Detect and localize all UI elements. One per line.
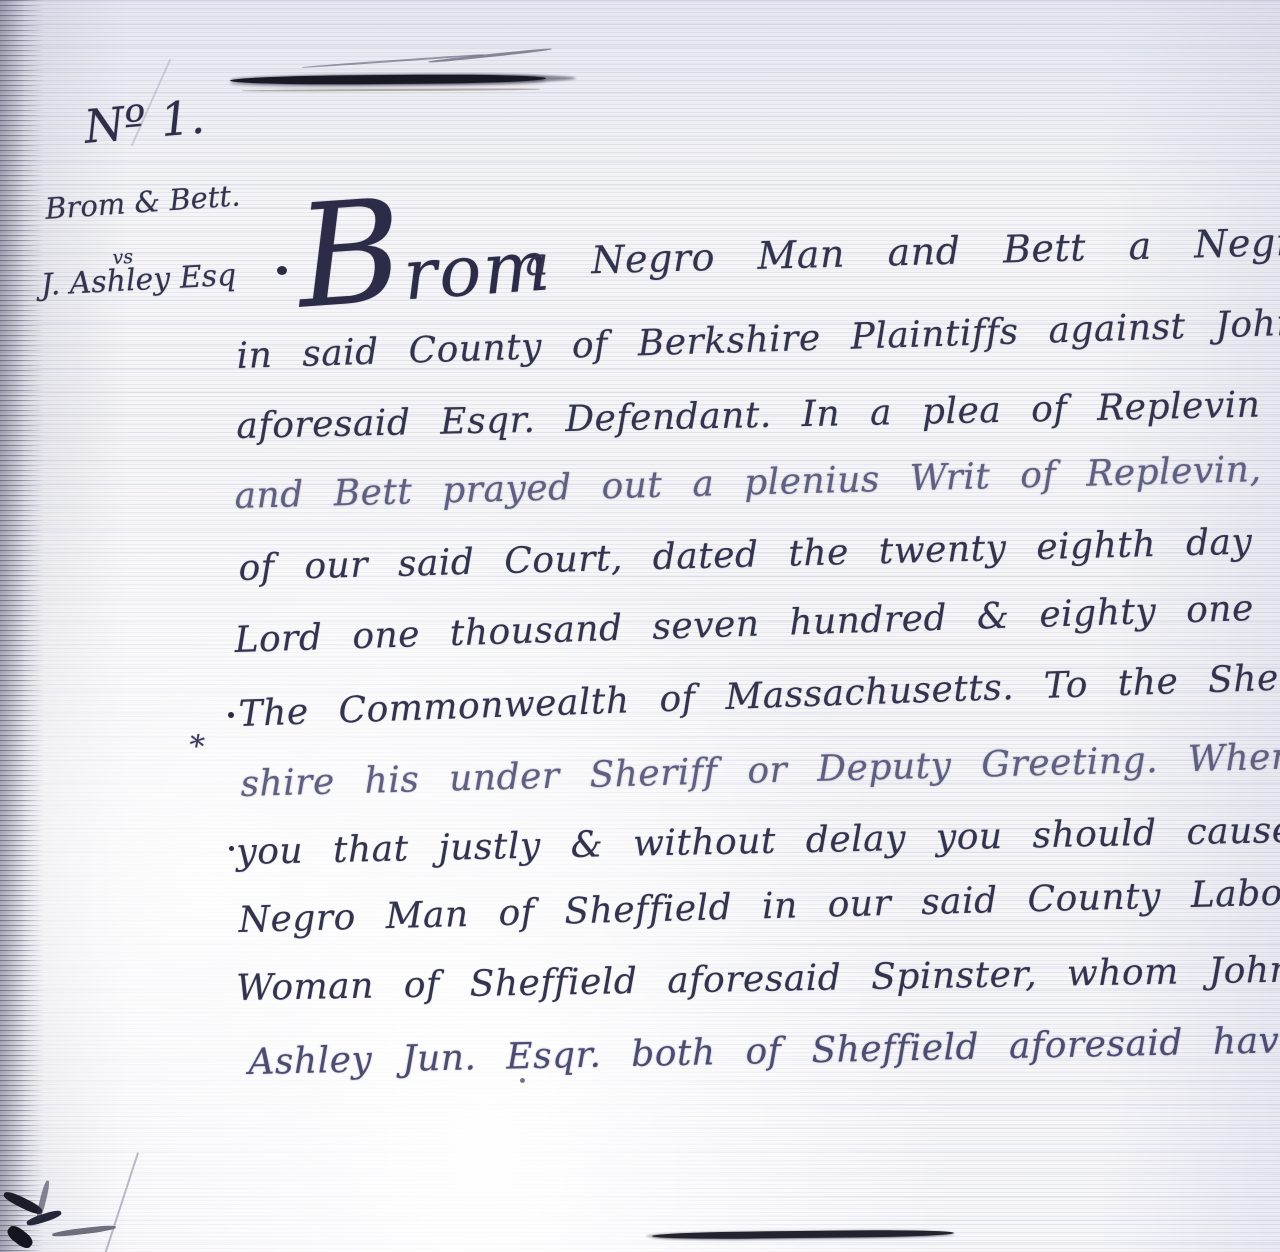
manuscript-line-6: Lord one thousand seven hundred & eighty… bbox=[234, 580, 1280, 661]
manuscript-line-3: aforesaid Esqr. Defendant. In a plea of … bbox=[236, 383, 1280, 447]
manuscript-line-7: The Commonwealth of Massachusetts. To th… bbox=[238, 653, 1280, 735]
ink-speck bbox=[520, 1078, 525, 1083]
manuscript-line-4: and Bett prayed out a plenius Writ of Re… bbox=[234, 447, 1280, 517]
scratch-line bbox=[103, 1152, 139, 1252]
manuscript-line-12: Ashley Jun. Esqr. both of Sheffield afor… bbox=[248, 1017, 1280, 1083]
manuscript-page: Nº 1. Brom & Bett. vs J. Ashley Esq * Br… bbox=[0, 0, 1280, 1252]
manuscript-line-10: Negro Man of Sheffield in our said Count… bbox=[238, 869, 1280, 941]
ink-speck bbox=[228, 712, 234, 718]
ink-speck bbox=[229, 846, 234, 851]
drop-cap-word: Brom bbox=[292, 158, 555, 340]
manuscript-line-5: of our said Court, dated the twenty eigh… bbox=[238, 517, 1280, 589]
ink-smudge-top bbox=[230, 74, 546, 85]
corner-ink-mark bbox=[52, 1224, 116, 1238]
manuscript-line-9: you that justly & without delay you shou… bbox=[236, 807, 1280, 873]
ink-wisp bbox=[302, 54, 484, 69]
margin-defendant: J. Ashley Esq bbox=[40, 258, 237, 303]
ink-smudge-bottom bbox=[652, 1229, 954, 1239]
ink-speck bbox=[277, 266, 287, 275]
book-binding-edge bbox=[0, 0, 44, 1252]
margin-asterisk-mark: * bbox=[186, 728, 207, 765]
ink-smudge-underline bbox=[242, 88, 540, 92]
case-number: Nº 1. bbox=[82, 90, 207, 154]
manuscript-line-11: Woman of Sheffield aforesaid Spinster, w… bbox=[236, 948, 1280, 1009]
manuscript-line-1: a Negro Man and Bett a Negro Woman bbox=[525, 214, 1280, 284]
manuscript-line-8: shire his under Sheriff or Deputy Greeti… bbox=[240, 733, 1280, 805]
margin-plaintiffs: Brom & Bett. bbox=[44, 178, 241, 226]
